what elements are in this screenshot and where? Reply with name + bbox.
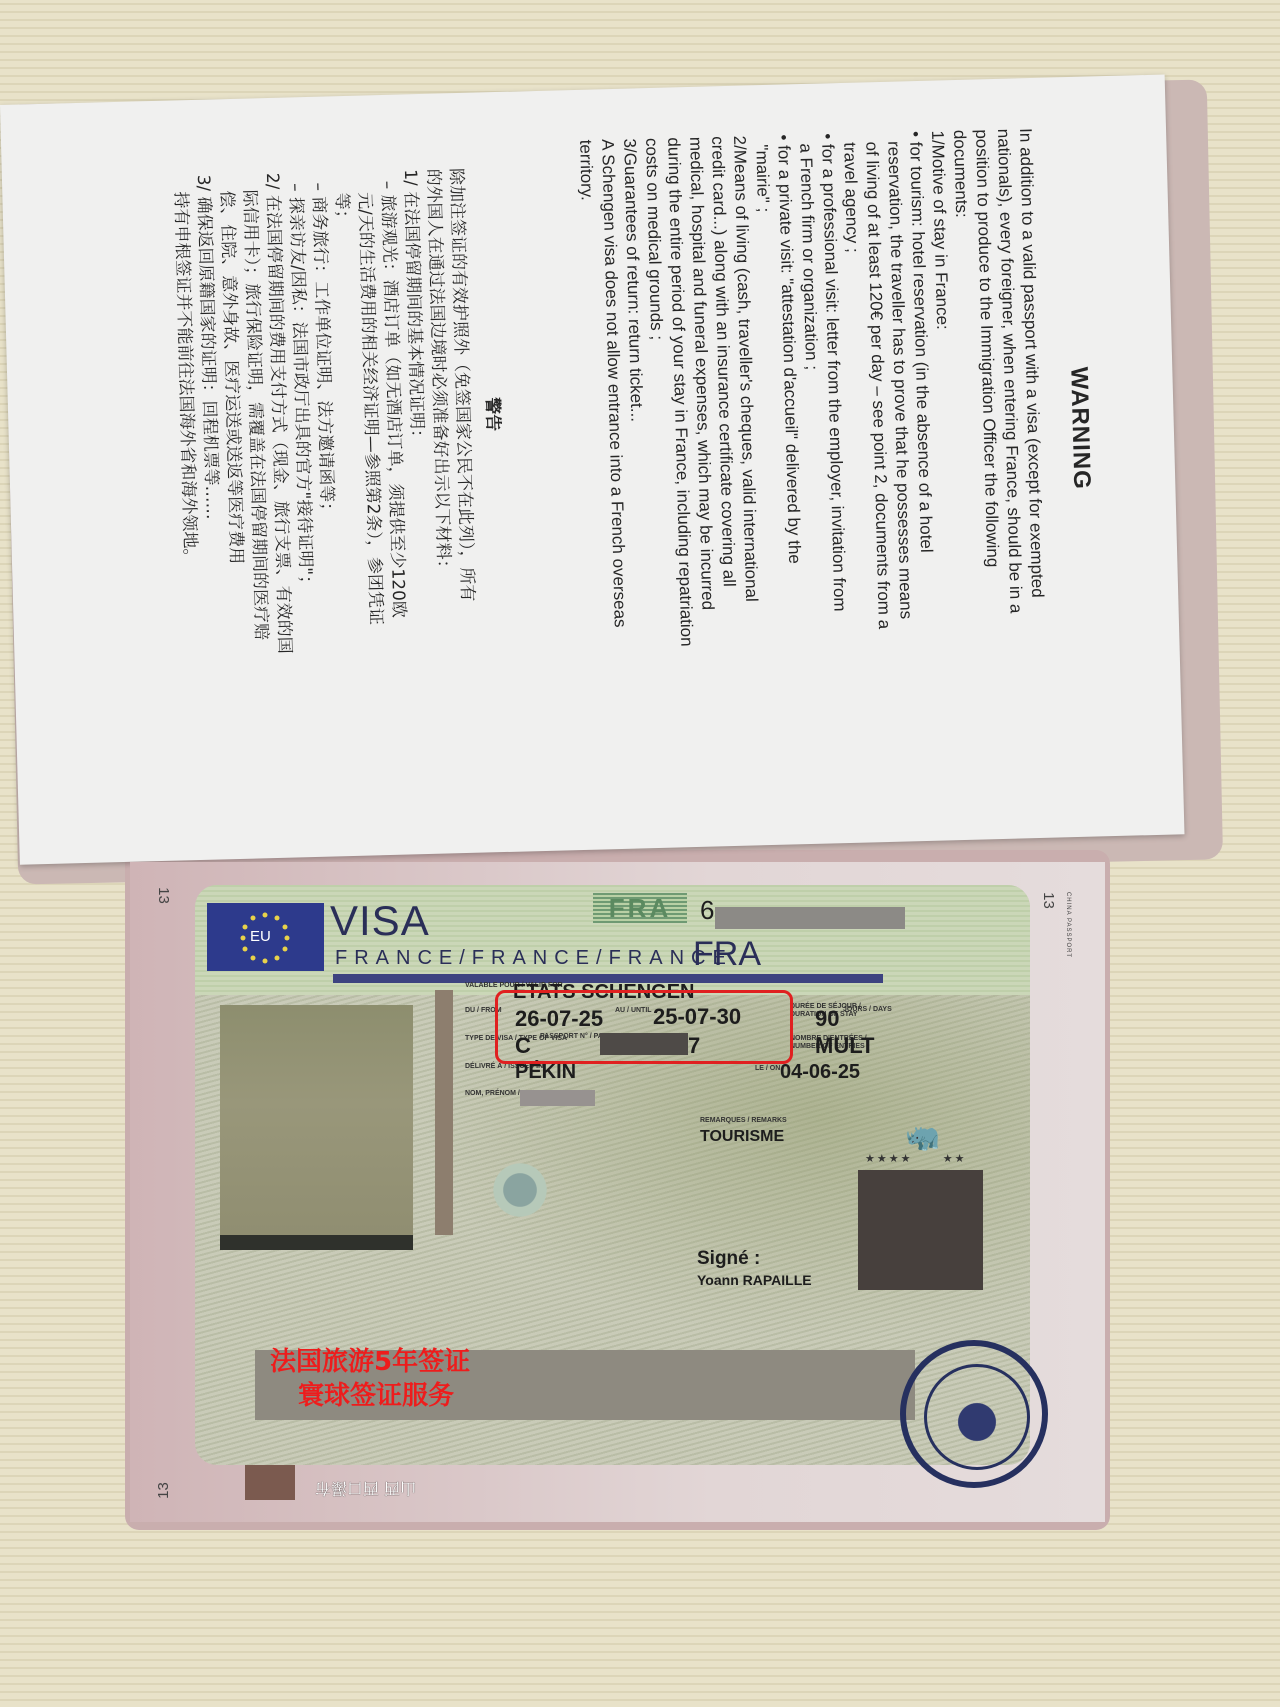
redacted-visa-number xyxy=(715,907,905,929)
highlight-box xyxy=(495,990,793,1064)
hologram-emblem xyxy=(455,1140,585,1240)
redacted-name xyxy=(520,1090,595,1106)
watermark-line2: 寰球签证服务 xyxy=(270,1379,470,1413)
redacted-strip xyxy=(435,990,453,1235)
visa-title: VISA xyxy=(330,897,430,945)
page-number-left: 13 xyxy=(155,887,172,904)
duration-value: 90 xyxy=(815,1006,839,1032)
days-label: JOURS / DAYS xyxy=(843,1006,892,1014)
watermark-line1: 法国旅游5年签证 xyxy=(270,1345,470,1379)
page-footer-emblem xyxy=(245,1465,295,1500)
issued-on-value: 04-06-25 xyxy=(780,1061,860,1084)
redacted-seal xyxy=(858,1170,983,1290)
issuer-code: FRA xyxy=(693,935,761,974)
issued-on-label: LE / ON xyxy=(755,1065,780,1073)
stars-decoration: ★★★★ ★★ xyxy=(865,1152,967,1165)
red-watermark: 法国旅游5年签证 寰球签证服务 xyxy=(270,1345,470,1413)
holder-photo-redacted xyxy=(220,1005,413,1250)
remarks-value: TOURISME xyxy=(700,1128,784,1146)
warning-page: WARNING In addition to a valid passport … xyxy=(0,75,1184,865)
remarks-label: REMARQUES / REMARKS xyxy=(700,1117,787,1125)
fra-security-box: FRA xyxy=(593,893,687,923)
photo-bottom-bar xyxy=(220,1235,413,1250)
warning-chinese-text: 除加注签证的有效护照外（免签国家公民不在此列），所有的外国人在通过法国边境时必须… xyxy=(168,168,479,657)
page-number-bottom: 13 xyxy=(155,1482,172,1499)
signed-label: Signé : xyxy=(697,1248,760,1270)
visa-country-line: FRANCE/FRANCE/FRANCE xyxy=(335,947,733,970)
visa-number-prefix: 6 xyxy=(700,895,714,926)
footer-mirrored-text: 山西 西口瀑布 xyxy=(315,1478,416,1501)
warning-title: WARNING xyxy=(1064,366,1095,490)
stamp-emblem-icon xyxy=(924,1364,1030,1470)
issued-at-value: PÉKIN xyxy=(515,1061,576,1084)
eu-flag: EU xyxy=(207,903,324,971)
rhino-icon: 🦏 xyxy=(905,1120,940,1153)
eu-label: EU xyxy=(250,928,271,945)
passport-label: CHINA PASSPORT xyxy=(1065,892,1071,958)
page-number-right: 13 xyxy=(1040,892,1057,909)
signer-name: Yoann RAPAILLE xyxy=(697,1272,812,1288)
warning-chinese-title: 警告 xyxy=(480,397,504,432)
entries-value: MULT xyxy=(815,1033,874,1059)
warning-english-text: In addition to a valid passport with a v… xyxy=(574,128,1049,649)
embassy-stamp xyxy=(900,1340,1048,1488)
